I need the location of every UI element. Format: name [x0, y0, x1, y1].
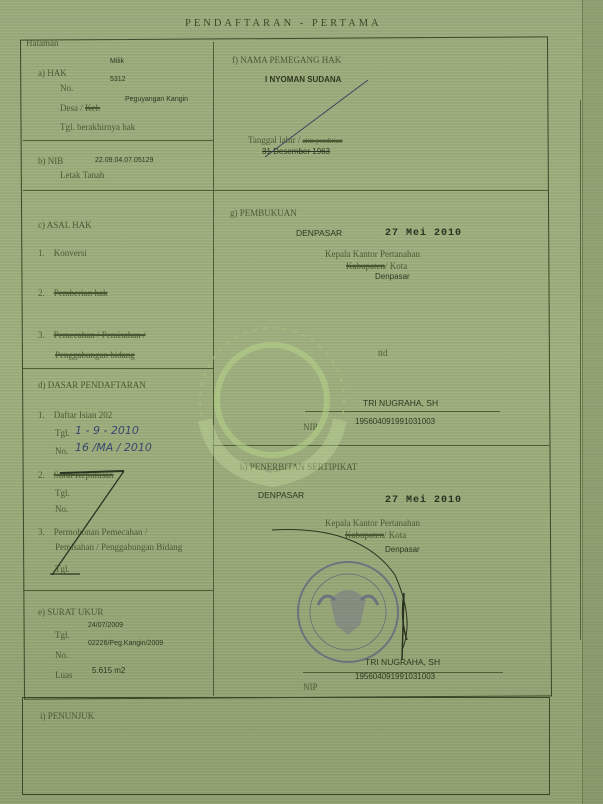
watermark-emblem-icon [200, 328, 344, 480]
official-stamp-icon [298, 562, 398, 662]
annotation-overlay [0, 0, 603, 804]
